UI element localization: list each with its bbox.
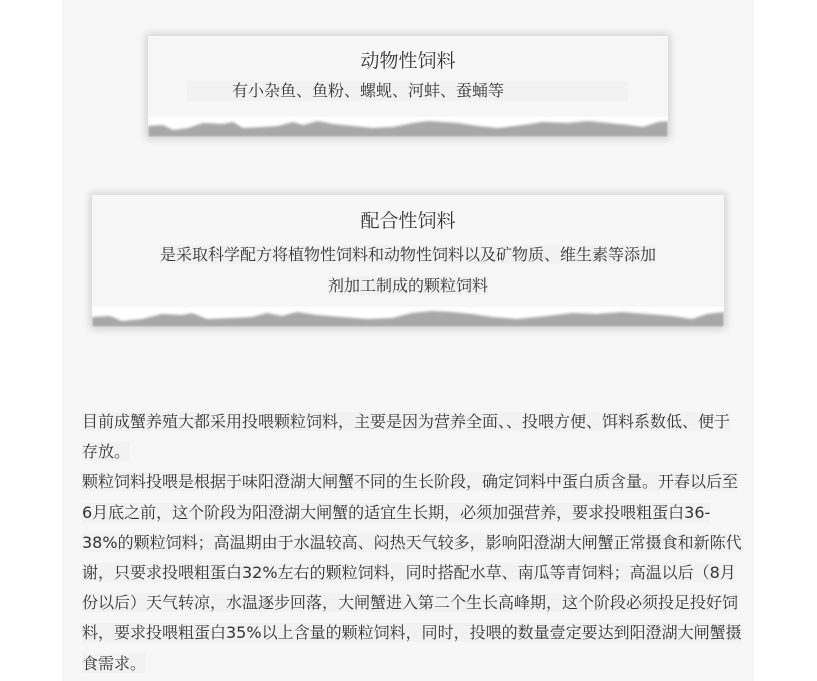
ink-wave-decoration — [148, 117, 668, 137]
ink-wave-decoration — [92, 307, 724, 327]
compound-feed-description: 是采取科学配方将植物性饲料和动物性饲料以及矿物质、维生素等添加 剂加工制成的颗粒… — [92, 239, 724, 301]
compound-feed-card: 配合性饲料 是采取科学配方将植物性饲料和动物性饲料以及矿物质、维生素等添加 剂加… — [92, 195, 724, 327]
compound-feed-title: 配合性饲料 — [92, 209, 724, 233]
compound-feed-description-line1: 是采取科学配方将植物性饲料和动物性饲料以及矿物质、维生素等添加 — [160, 245, 656, 264]
article-body: 目前成蟹养殖大都采用投喂颗粒饲料，主要是因为营养全面、、投喂方便、饵料系数低、便… — [82, 407, 742, 679]
animal-feed-description: 有小杂鱼、鱼粉、螺蚬、河蚌、蚕蛹等 — [187, 81, 628, 101]
animal-feed-title: 动物性饲料 — [148, 49, 668, 73]
paragraph-intro: 目前成蟹养殖大都采用投喂颗粒饲料，主要是因为营养全面、、投喂方便、饵料系数低、便… — [82, 407, 742, 467]
paragraph-feeding-stages: 颗粒饲料投喂是根据于味阳澄湖大闸蟹不同的生长阶段，确定饲料中蛋白质含量。开春以后… — [82, 467, 742, 678]
compound-feed-description-line2: 剂加工制成的颗粒饲料 — [328, 276, 488, 295]
animal-feed-card: 动物性饲料 有小杂鱼、鱼粉、螺蚬、河蚌、蚕蛹等 — [148, 36, 668, 137]
